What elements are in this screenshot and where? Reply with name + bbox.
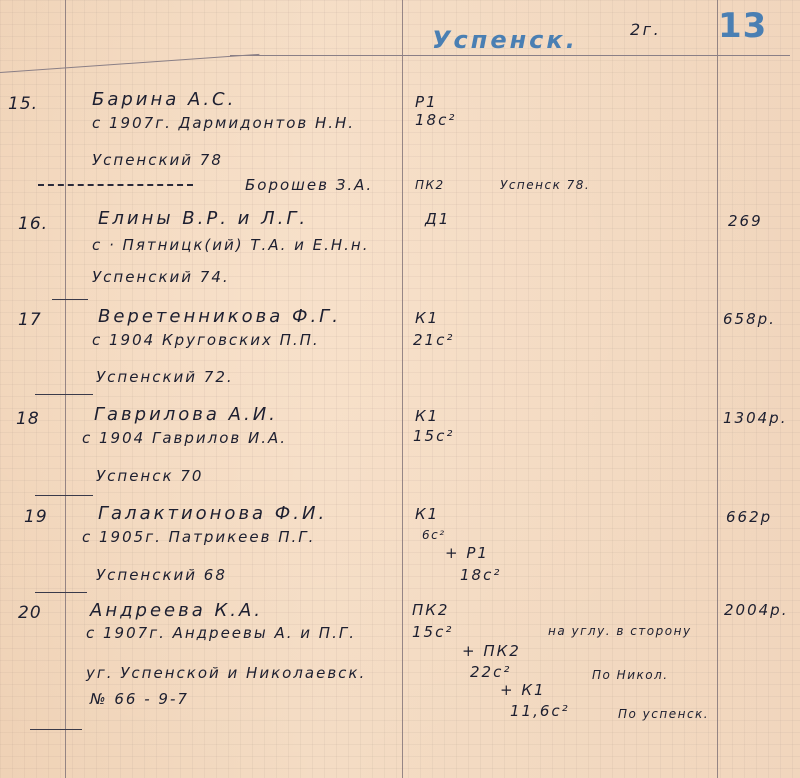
entry-category-2: + Р1: [445, 544, 489, 562]
entry-separator: [35, 592, 87, 593]
entry-address: Успенский 72.: [96, 368, 234, 386]
header-marker: 2г.: [630, 20, 661, 39]
entry-number: 15.: [8, 94, 38, 114]
entry-note-1: на углу. в сторону: [548, 624, 692, 638]
entry-area: 6с²: [422, 528, 446, 542]
entry-name: Барина А.С.: [92, 89, 236, 110]
entry-since: с 1907г. Дармидонтов Н.Н.: [92, 114, 355, 132]
entry-note-3: По успенск.: [618, 707, 709, 721]
entry-name: Елины В.Р. и Л.Г.: [98, 208, 308, 229]
entry-address-2: № 66 - 9-7: [90, 690, 189, 708]
entry-address: уг. Успенской и Николаевск.: [86, 664, 366, 682]
column-rule-category: [402, 0, 403, 778]
entry-separator: [35, 495, 93, 496]
entry-address: Успенский 78: [92, 151, 223, 169]
entry-separator: [35, 394, 93, 395]
entry-name: Андреева К.А.: [90, 600, 263, 621]
entry-amount: 269: [728, 212, 763, 230]
entry-category: Р1: [415, 93, 438, 111]
entry-area-2: 18с²: [460, 566, 501, 584]
margin-rule: [65, 0, 66, 778]
column-rule-amount: [717, 0, 718, 778]
entry-name: Веретенникова Ф.Г.: [98, 306, 341, 327]
entry-extra-address: Успенск 78.: [500, 178, 590, 192]
entry-note-2: По Никол.: [592, 668, 669, 682]
entry-category: К1: [415, 505, 439, 523]
header-title: Успенск.: [432, 26, 578, 54]
header-rule: [0, 54, 259, 73]
entry-category-2: + ПК2: [462, 642, 521, 660]
entry-area: 18с²: [415, 111, 456, 129]
entry-address: Успенск 70: [96, 467, 203, 485]
entry-area: 21с²: [413, 331, 454, 349]
entry-since: с 1904 Гаврилов И.А.: [82, 429, 287, 447]
entry-category: Д1: [425, 210, 450, 228]
entry-since: с 1907г. Андреевы А. и П.Г.: [86, 624, 356, 642]
page-number: 13: [718, 6, 767, 46]
entry-address: Успенский 74.: [92, 268, 230, 286]
entry-number: 17: [18, 310, 42, 330]
entry-category: К1: [415, 407, 439, 425]
entry-name: Гаврилова А.И.: [94, 404, 278, 425]
entry-since: с · Пятницк(ий) Т.А. и Е.Н.н.: [92, 236, 370, 254]
entry-separator: [30, 729, 82, 730]
entry-number: 20: [18, 603, 42, 623]
entry-extra-category: ПК2: [415, 178, 445, 192]
entry-extra-note: Борошев З.А.: [245, 176, 373, 194]
header-rule-right: [230, 55, 790, 56]
dashed-separator: [38, 184, 193, 186]
entry-area: 15с²: [412, 623, 453, 641]
entry-number: 16.: [18, 214, 48, 234]
entry-category: К1: [415, 309, 439, 327]
entry-category: ПК2: [412, 601, 449, 619]
entry-since: с 1904 Круговских П.П.: [92, 331, 320, 349]
entry-category-3: + К1: [500, 681, 546, 699]
entry-amount: 1304р.: [723, 409, 787, 427]
entry-name: Галактионова Ф.И.: [98, 503, 327, 524]
entry-address: Успенский 68: [96, 566, 227, 584]
entry-number: 19: [24, 507, 48, 527]
entry-since: с 1905г. Патрикеев П.Г.: [82, 528, 315, 546]
entry-area-2: 22с²: [470, 663, 511, 681]
entry-amount: 658р.: [723, 310, 776, 328]
entry-number: 18: [16, 409, 40, 429]
entry-separator: [52, 299, 88, 300]
entry-area-3: 11,6с²: [510, 702, 570, 720]
entry-area: 15с²: [413, 427, 454, 445]
entry-amount: 662р: [726, 508, 772, 526]
entry-amount: 2004р.: [724, 601, 788, 619]
